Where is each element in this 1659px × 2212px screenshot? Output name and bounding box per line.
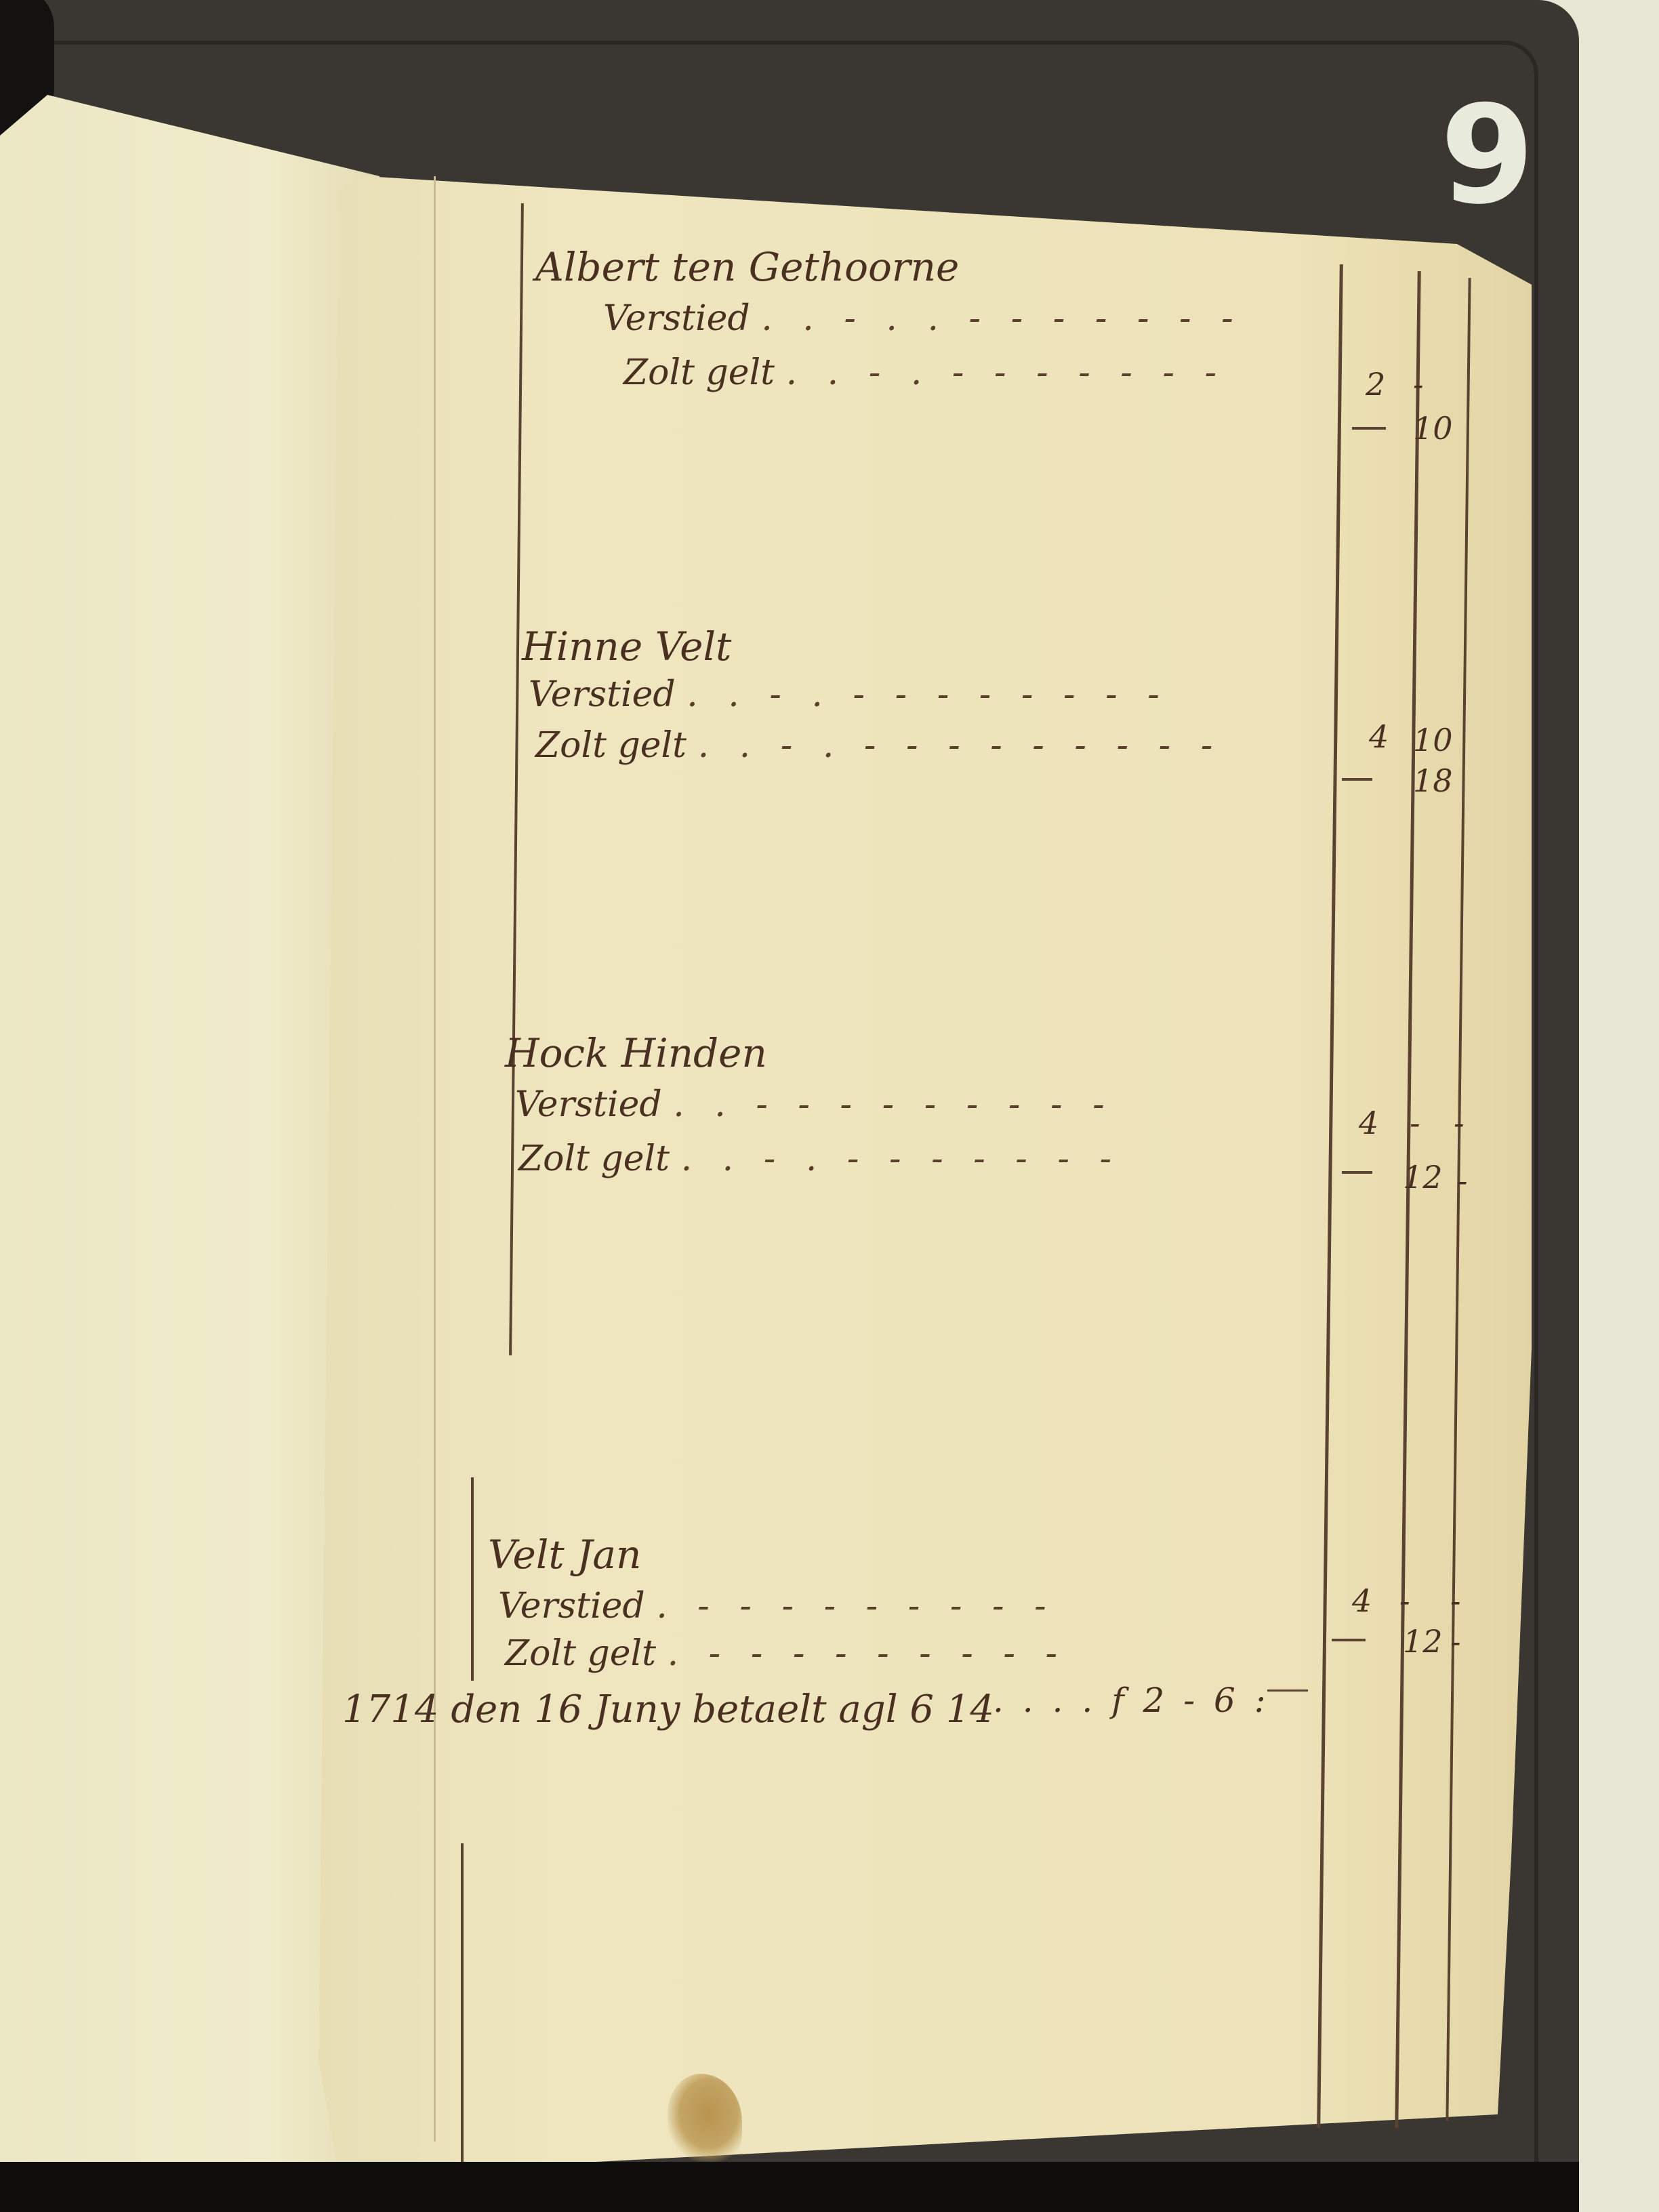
line-label: Verstied xyxy=(603,298,750,339)
leader-dots: . . - . - - - - - - - - - xyxy=(698,725,1223,766)
leader-dots: . - - - - - - - - - xyxy=(656,1586,1055,1626)
line-label: Verstied xyxy=(515,1084,662,1125)
amount-guilders-dash xyxy=(1342,1171,1372,1174)
amount-guilders-dash xyxy=(1332,1639,1366,1641)
leader-dots: . . - . - - - - - - - xyxy=(786,352,1226,393)
entry-line-label: Verstied . - - - - - - - - - xyxy=(498,1586,1056,1626)
payment-note: 1714 den 16 Juny betaelt agl 6 14 xyxy=(342,1687,994,1732)
bottom-shadow xyxy=(0,2162,1579,2212)
amount-stuivers: - xyxy=(1410,1105,1420,1141)
entry-line-label: Zolt gelt . - - - - - - - - - xyxy=(505,1633,1067,1674)
line-label: Zolt gelt xyxy=(623,352,775,393)
entry-line-label: Zolt gelt . . - . - - - - - - - - - xyxy=(535,725,1222,766)
entry-name: Hock Hinden xyxy=(505,1030,767,1076)
amount-guilders: 4 xyxy=(1359,1105,1378,1141)
line-label: Zolt gelt xyxy=(535,725,687,766)
amount-stuivers: 12 xyxy=(1403,1159,1443,1195)
leader-dots: . . - . - - - - - - - xyxy=(681,1139,1121,1179)
entry-line-label: Zolt gelt . . - . - - - - - - - xyxy=(623,352,1226,393)
amount-stuivers: 18 xyxy=(1413,762,1453,799)
amount-stuivers: 10 xyxy=(1413,722,1453,758)
leader-dots: . - - - - - - - - - xyxy=(668,1633,1067,1674)
line-label: Zolt gelt xyxy=(518,1139,670,1179)
entry-name: Albert ten Gethoorne xyxy=(535,244,959,290)
line-label: Zolt gelt xyxy=(505,1633,656,1674)
payment-note-amount: . . . . f 2 - 6 : xyxy=(993,1681,1270,1720)
entry-line-label: Verstied . . - - - - - - - - - xyxy=(515,1084,1114,1125)
entry-name: Velt Jan xyxy=(488,1532,641,1578)
amount-penningen: - xyxy=(1450,1623,1461,1660)
entry-line-label: Verstied . . - . - - - - - - - - xyxy=(529,674,1169,715)
amount-guilders-dash xyxy=(1342,778,1372,781)
leader-dots: . . - . - - - - - - - - xyxy=(687,674,1169,715)
entry-line-label: Zolt gelt . . - . - - - - - - - xyxy=(518,1139,1121,1179)
amount-guilders: 2 xyxy=(1366,366,1385,403)
entry-name: Hinne Velt xyxy=(522,623,731,670)
amount-guilders: 4 xyxy=(1352,1582,1372,1619)
amount-penningen: - xyxy=(1454,1105,1465,1141)
amount-guilders-dash xyxy=(1352,427,1386,430)
amount-stuivers: - xyxy=(1413,366,1424,403)
amount-penningen: - xyxy=(1457,1162,1468,1199)
margin-rule-lower xyxy=(471,1477,474,1681)
amount-penningen: - xyxy=(1450,1582,1461,1619)
amount-stuivers: 12 xyxy=(1403,1623,1443,1660)
amount-guilders: 4 xyxy=(1369,718,1389,755)
line-label: Verstied xyxy=(529,674,676,715)
entry-line-label: Verstied . . - . . - - - - - - - xyxy=(603,298,1243,339)
margin-rule-bottom xyxy=(461,1843,464,2169)
leader-dots: . . - . . - - - - - - - xyxy=(761,298,1243,339)
amount-stuivers: - xyxy=(1399,1582,1410,1619)
page-number-label: 9 xyxy=(1440,88,1534,224)
line-label: Verstied xyxy=(498,1586,645,1626)
gutter-rule xyxy=(434,176,436,2142)
leader-dots: . . - - - - - - - - - xyxy=(673,1084,1113,1125)
amount-stuivers: 10 xyxy=(1413,410,1453,447)
note-amount-dash xyxy=(1267,1689,1308,1692)
